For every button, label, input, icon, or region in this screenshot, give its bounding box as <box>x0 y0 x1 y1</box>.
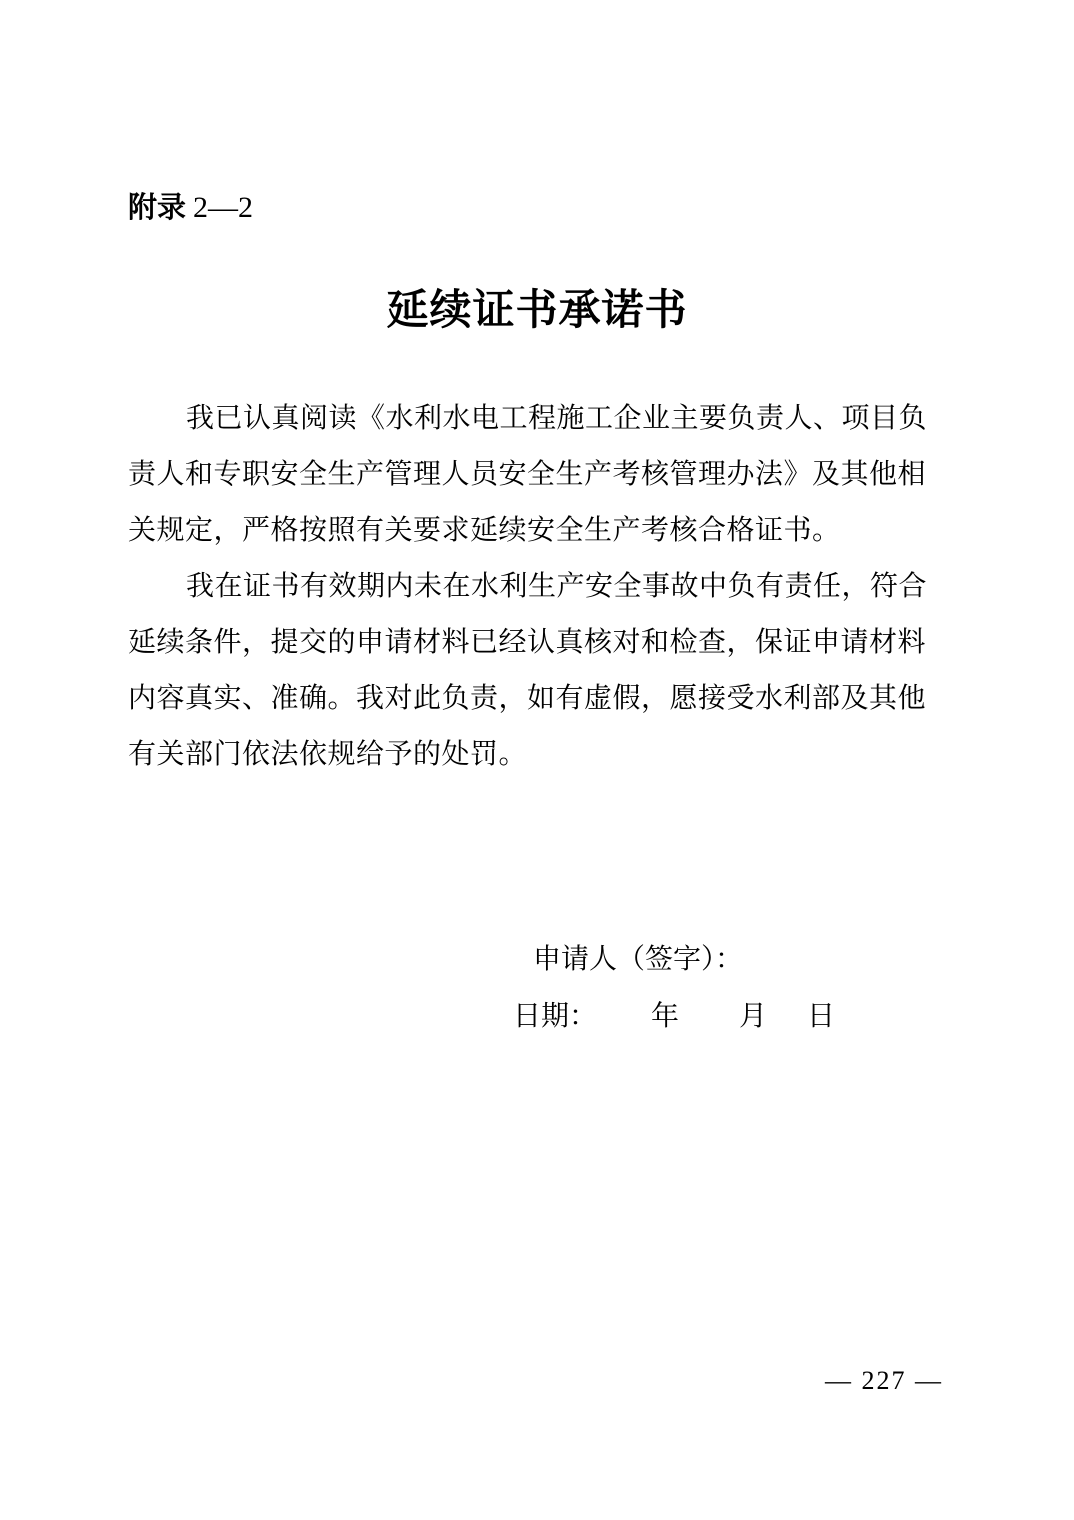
body-line: 关规定，严格按照有关要求延续安全生产考核合格证书。 <box>128 503 936 559</box>
document-page: 附录2—2 延续证书承诺书 我已认真阅读《水利水电工程施工企业主要负责人、项目负… <box>0 0 1074 1520</box>
month-label: 月 <box>739 1001 767 1032</box>
date-label: 日期： <box>513 1001 597 1032</box>
document-body: 我已认真阅读《水利水电工程施工企业主要负责人、项目负 责人和专职安全生产管理人员… <box>128 391 936 783</box>
body-line: 我已认真阅读《水利水电工程施工企业主要负责人、项目负 <box>128 391 936 447</box>
body-line: 内容真实、准确。我对此负责，如有虚假，愿接受水利部及其他 <box>128 671 936 727</box>
body-line: 责人和专职安全生产管理人员安全生产考核管理办法》及其他相 <box>128 447 936 503</box>
document-title: 延续证书承诺书 <box>0 286 1074 336</box>
signature-block: 申请人（签字）： 日期：年月日 <box>513 931 835 1045</box>
body-line: 有关部门依法依规给予的处罚。 <box>128 727 936 783</box>
year-label: 年 <box>651 1001 679 1032</box>
appendix-heading: 附录2—2 <box>128 191 253 225</box>
date-line: 日期：年月日 <box>513 988 835 1045</box>
applicant-signature-label: 申请人（签字）： <box>533 931 835 988</box>
body-line: 延续条件，提交的申请材料已经认真核对和检查，保证申请材料 <box>128 615 936 671</box>
page-number: — 227 — <box>825 1366 943 1396</box>
appendix-label: 附录 <box>128 192 186 224</box>
appendix-number: 2—2 <box>193 191 253 224</box>
body-line: 我在证书有效期内未在水利生产安全事故中负有责任，符合 <box>128 559 936 615</box>
day-label: 日 <box>807 1001 835 1032</box>
